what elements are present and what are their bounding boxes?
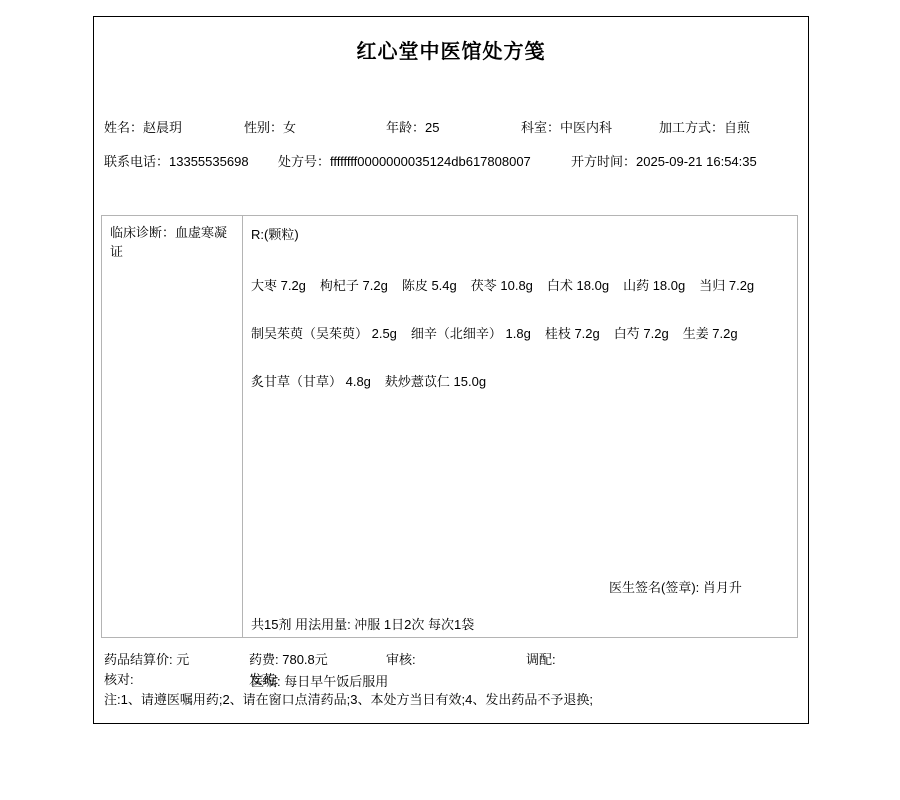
dispense-label: 发药: (249, 672, 282, 687)
herb-item: 麸炒薏苡仁 15.0g (385, 373, 486, 391)
herb-line: 炙甘草（甘草） 4.8g麸炒薏苡仁 15.0g (251, 373, 791, 391)
herb-item: 桂枝 7.2g (545, 325, 600, 343)
page: 红心堂中医馆处方笺 姓名：赵晨玥 性别：女 年龄：25 科室：中医内科 加工方式… (0, 0, 900, 800)
medicine-fee-value: 780.8元 (282, 652, 328, 667)
herb-item: 细辛（北细辛） 1.8g (411, 325, 531, 343)
patient-department-value: 中医内科 (560, 120, 612, 135)
herb-item: 枸杞子 7.2g (320, 277, 388, 295)
blend-field: 调配: (526, 649, 559, 668)
herb-item: 茯苓 10.8g (471, 277, 533, 295)
patient-phone-value: 13355535698 (169, 154, 249, 169)
doctor-signature: 医生签名(签章): 肖月升 (609, 577, 742, 596)
patient-gender-label: 性别： (244, 120, 283, 135)
dispense-field: 发药: (249, 669, 282, 688)
herb-item: 陈皮 5.4g (402, 277, 457, 295)
prescription-sheet: 红心堂中医馆处方笺 姓名：赵晨玥 性别：女 年龄：25 科室：中医内科 加工方式… (93, 16, 809, 724)
doctor-signature-label: 医生签名(签章): (609, 580, 703, 595)
processing-method-value: 自煎 (724, 120, 750, 135)
page-title: 红心堂中医馆处方笺 (94, 35, 808, 64)
prescription-time-value: 2025-09-21 16:54:35 (636, 154, 757, 169)
rx-form: R:(颗粒) (251, 224, 299, 243)
settle-price: 药品结算价: 元 (104, 649, 189, 668)
prescription-box: 临床诊断：血虚寒凝证 R:(颗粒) 大枣 7.2g枸杞子 7.2g陈皮 5.4g… (101, 215, 798, 638)
patient-gender-value: 女 (283, 120, 296, 135)
herbs-cell: R:(颗粒) 大枣 7.2g枸杞子 7.2g陈皮 5.4g茯苓 10.8g白术 … (243, 216, 797, 637)
patient-age-label: 年龄： (386, 120, 425, 135)
patient-department-label: 科室： (521, 120, 560, 135)
prescription-number: 处方号：ffffffff0000000035124db617808007 (278, 151, 531, 170)
patient-age: 年龄：25 (386, 117, 439, 136)
settle-price-label: 药品结算价: (104, 652, 176, 667)
patient-name-label: 姓名： (104, 120, 143, 135)
herb-item: 炙甘草（甘草） 4.8g (251, 373, 371, 391)
herb-item: 白芍 7.2g (614, 325, 669, 343)
herb-item: 制吴茱萸（吴茱萸） 2.5g (251, 325, 397, 343)
patient-age-value: 25 (425, 120, 439, 135)
patient-phone: 联系电话：13355535698 (104, 151, 249, 170)
review-label: 审核: (386, 652, 419, 667)
doctor-signature-value: 肖月升 (703, 580, 742, 595)
herb-item: 生姜 7.2g (683, 325, 738, 343)
patient-gender: 性别：女 (244, 117, 296, 136)
blend-label: 调配: (526, 652, 559, 667)
review-field: 审核: (386, 649, 419, 668)
patient-name-value: 赵晨玥 (143, 120, 182, 135)
diagnosis-cell: 临床诊断：血虚寒凝证 (102, 216, 243, 637)
footer-note: 注:1、请遵医嘱用药;2、请在窗口点清药品;3、本处方当日有效;4、发出药品不予… (104, 689, 593, 708)
diagnosis-label: 临床诊断： (110, 225, 175, 240)
herb-lines: 大枣 7.2g枸杞子 7.2g陈皮 5.4g茯苓 10.8g白术 18.0g山药… (251, 277, 791, 421)
herb-item: 当归 7.2g (699, 277, 754, 295)
herb-item: 白术 18.0g (547, 277, 609, 295)
prescription-time: 开方时间：2025-09-21 16:54:35 (571, 151, 757, 170)
check-label: 核对: (104, 672, 137, 687)
check-field: 核对: (104, 669, 137, 688)
medicine-fee-label: 药费: (249, 652, 282, 667)
processing-method-label: 加工方式： (659, 120, 724, 135)
patient-name: 姓名：赵晨玥 (104, 117, 182, 136)
prescription-number-label: 处方号： (278, 154, 330, 169)
dosage-line: 共15剂 用法用量: 冲服 1日2次 每次1袋 (251, 615, 474, 634)
patient-department: 科室：中医内科 (521, 117, 612, 136)
herb-line: 制吴茱萸（吴茱萸） 2.5g细辛（北细辛） 1.8g桂枝 7.2g白芍 7.2g… (251, 325, 791, 343)
settle-price-value: 元 (176, 652, 189, 667)
herb-line: 大枣 7.2g枸杞子 7.2g陈皮 5.4g茯苓 10.8g白术 18.0g山药… (251, 277, 791, 295)
herb-item: 大枣 7.2g (251, 277, 306, 295)
prescription-number-value: ffffffff0000000035124db617808007 (330, 154, 531, 169)
processing-method: 加工方式：自煎 (659, 117, 750, 136)
prescription-time-label: 开方时间： (571, 154, 636, 169)
patient-phone-label: 联系电话： (104, 154, 169, 169)
herb-item: 山药 18.0g (623, 277, 685, 295)
medicine-fee: 药费: 780.8元 (249, 649, 328, 668)
